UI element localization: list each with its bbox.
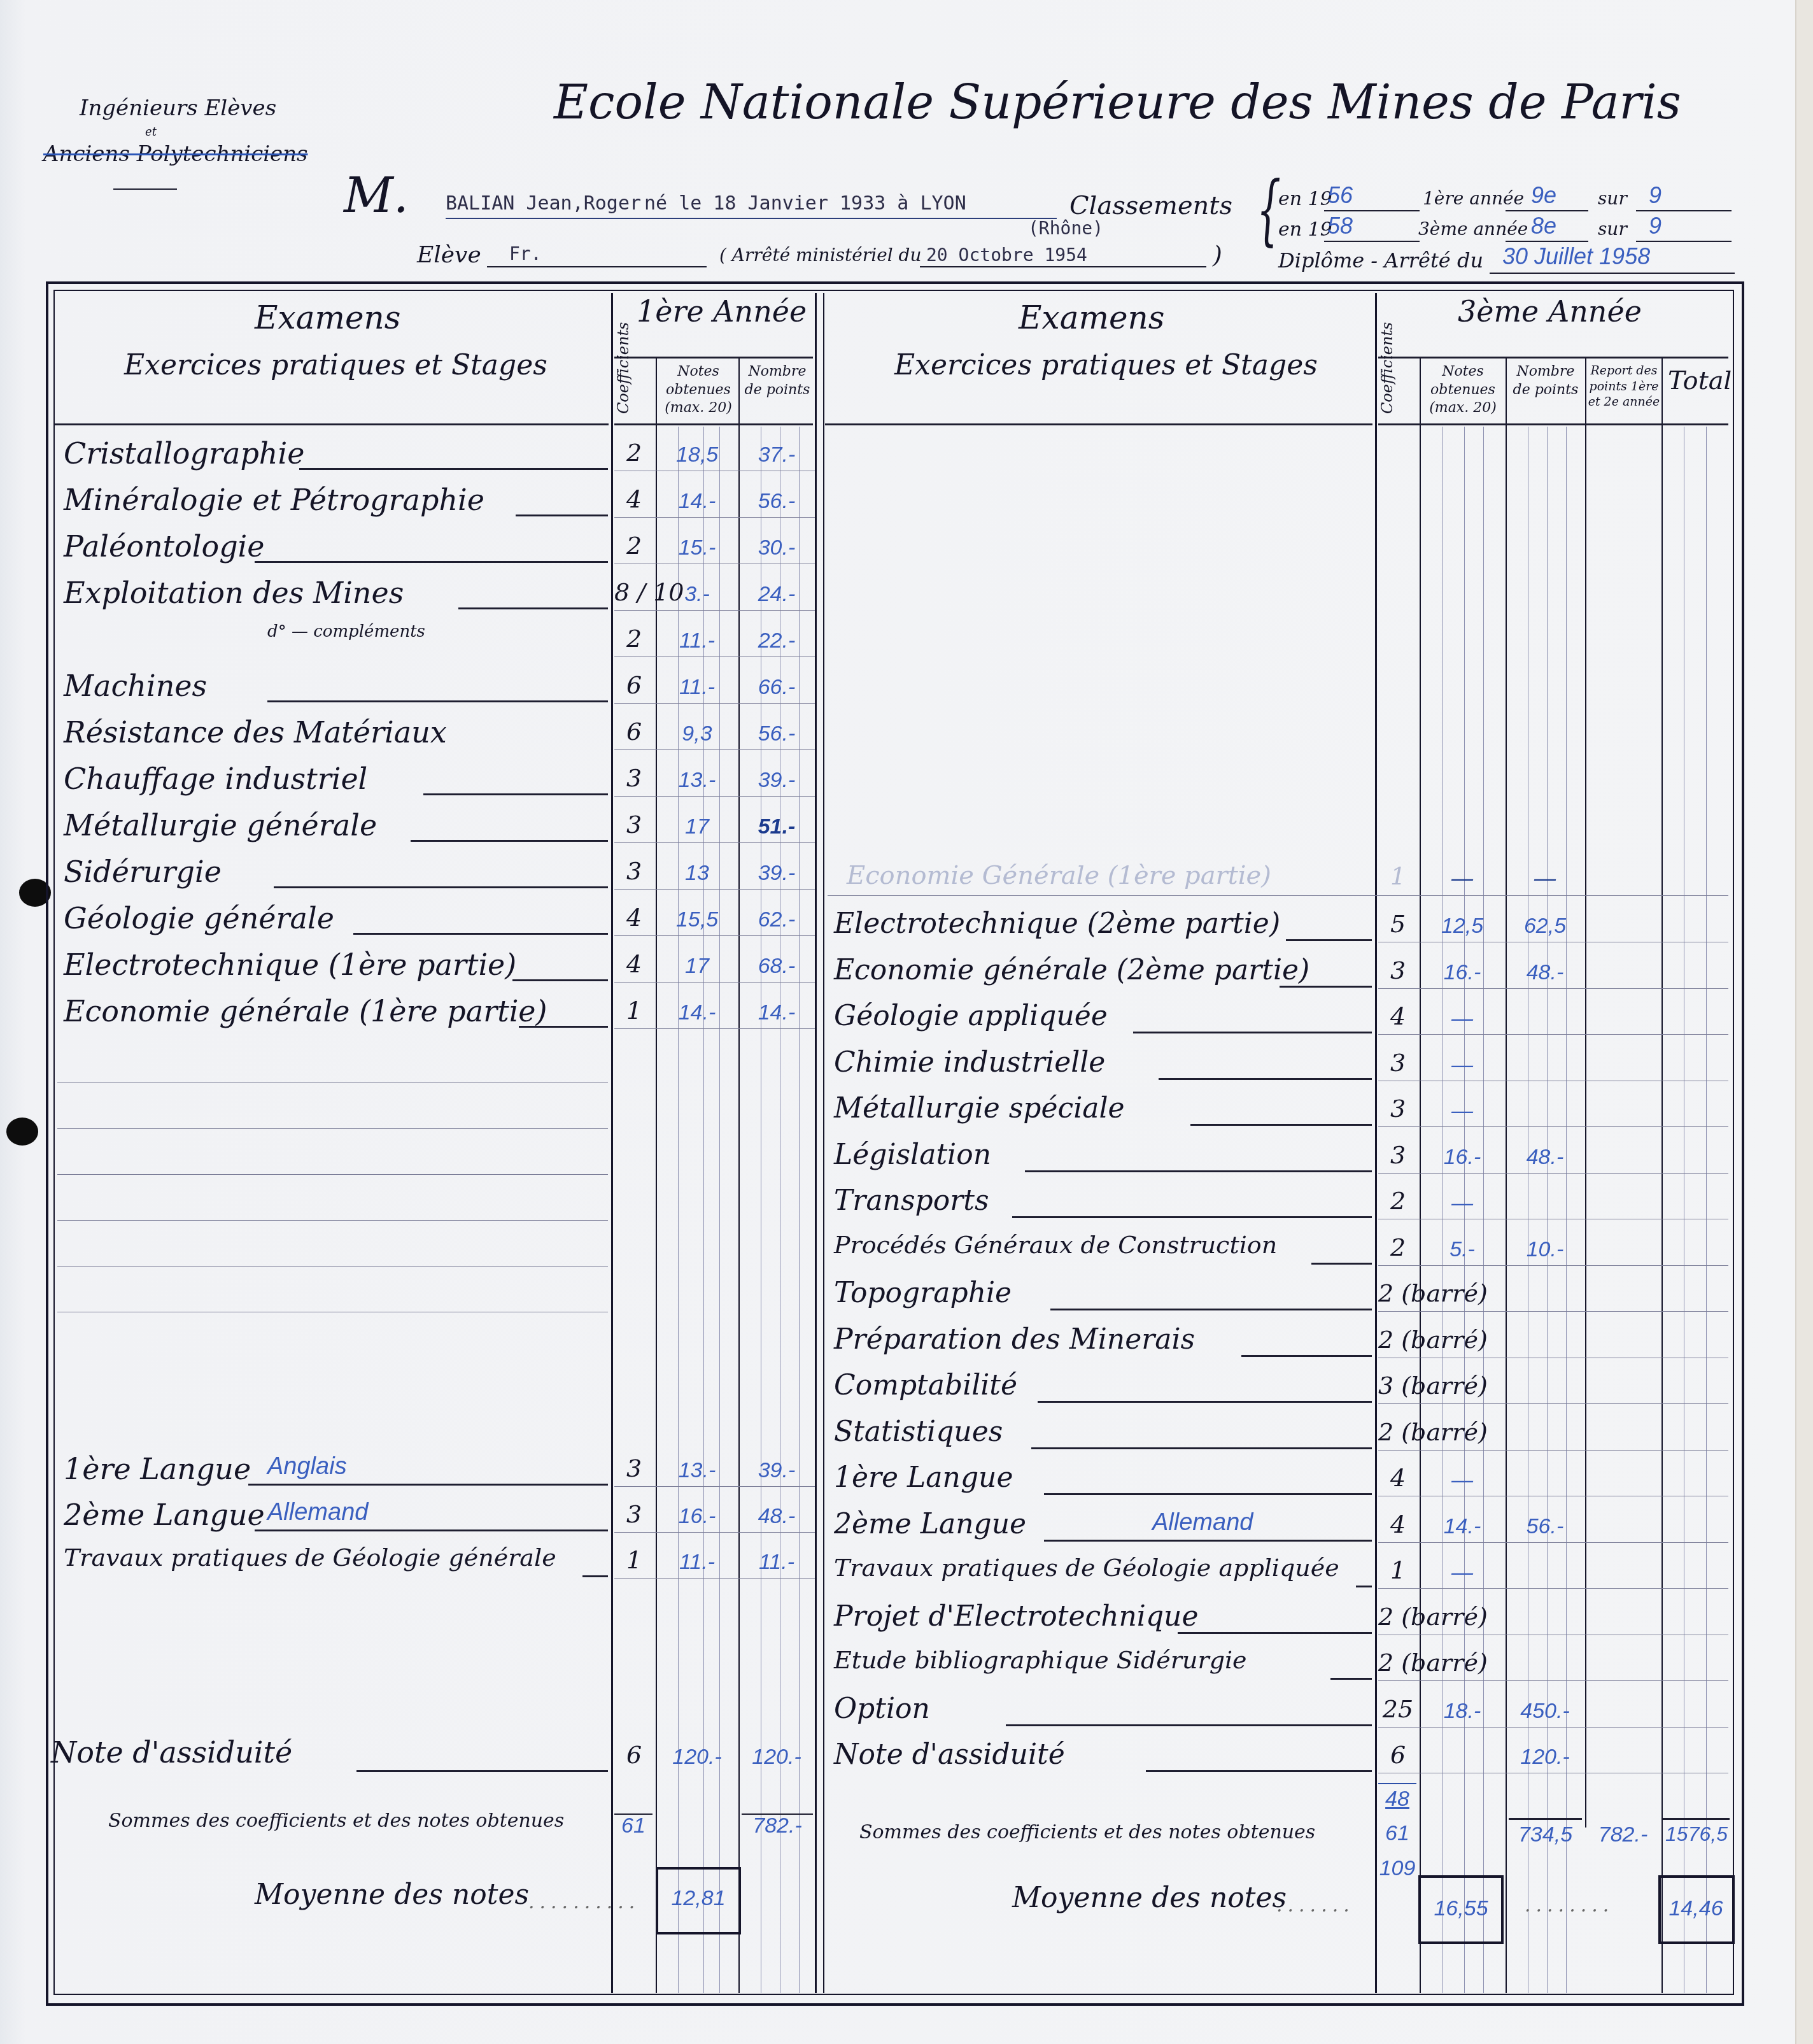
- subject-underline: [458, 607, 608, 609]
- coef-value: 2 (barré): [1378, 1649, 1418, 1677]
- language-value: Anglais: [267, 1453, 347, 1480]
- note-value: 120.-: [657, 1745, 737, 1770]
- points-value: 450.-: [1507, 1699, 1583, 1724]
- binder-hole-icon: [6, 1118, 38, 1146]
- year1-sum-coef: 61: [614, 1813, 653, 1838]
- note-value: —: [1421, 1053, 1504, 1077]
- eleve-underline: [487, 266, 707, 267]
- subject-label: Résistance des Matériaux: [64, 715, 447, 749]
- grid-line: [614, 842, 815, 843]
- note-value: —: [1421, 1006, 1504, 1031]
- note-value: —: [1421, 1098, 1504, 1123]
- note-value: 17: [657, 814, 737, 839]
- points-value: 14.-: [740, 1000, 814, 1025]
- grid-line: [614, 889, 815, 890]
- classement-total: 9: [1649, 213, 1661, 239]
- col-divider: [823, 293, 824, 1993]
- coef-value: 3: [614, 1500, 654, 1528]
- year3-total-points: 1576,5: [1658, 1822, 1735, 1846]
- coef-value: 2: [614, 625, 654, 653]
- subject-label: 1ère Langue: [64, 1452, 251, 1486]
- subject-label: Travaux pratiques de Géologie générale: [64, 1544, 556, 1572]
- underline: [1506, 210, 1588, 211]
- subject-underline: [299, 468, 608, 470]
- eleve-label: Elève: [417, 242, 481, 268]
- points-value: 56.-: [1507, 1514, 1583, 1539]
- year3-title-rule: [1378, 357, 1728, 358]
- classement-sur: sur: [1598, 188, 1627, 209]
- subject-underline: [267, 700, 608, 702]
- divider: [113, 188, 177, 190]
- subject-underline: [356, 1770, 608, 1772]
- corner-label-ingenieurs: Ingénieurs Elèves: [80, 96, 276, 121]
- coef-value: 2 (barré): [1378, 1418, 1418, 1446]
- subject-underline: [1190, 1124, 1372, 1126]
- grid-line: [1378, 1081, 1728, 1081]
- note-value: 16.-: [1421, 960, 1504, 985]
- coef-value: 4: [1378, 1510, 1418, 1538]
- student-name: BALIAN Jean,Roger: [446, 192, 641, 215]
- coef-value: 4: [614, 950, 654, 978]
- underlying-sheet-edge: [1795, 0, 1813, 2044]
- grid-line: [1378, 1450, 1728, 1451]
- subject-label: Projet d'Electrotechnique: [834, 1600, 1198, 1633]
- coef-heading: Coefficients: [614, 322, 632, 414]
- subject-underline: [1044, 1493, 1372, 1495]
- grid-line: [614, 982, 815, 983]
- coef-value: 6: [614, 671, 654, 699]
- points-value: 48.-: [740, 1504, 814, 1529]
- grid-line: [614, 703, 815, 704]
- dotted-leader: ..........: [528, 1891, 640, 1913]
- coef-value: 4: [1378, 1464, 1418, 1492]
- grid-line: [614, 796, 815, 797]
- subject-label: Minéralogie et Pétrographie: [64, 483, 484, 517]
- subject-label: Comptabilité: [834, 1369, 1017, 1402]
- classement-annee: 1ère année: [1423, 188, 1524, 209]
- corner-label-polytechniciens: Anciens Polytechniciens: [43, 141, 308, 167]
- subject-label: Métallurgie générale: [64, 808, 377, 842]
- points-value: 39.-: [740, 861, 814, 886]
- subject-underline: [1159, 1078, 1372, 1080]
- classement-year: 58: [1327, 213, 1353, 239]
- note-value: 14.-: [1421, 1514, 1504, 1539]
- coef-value: 3: [1378, 956, 1418, 984]
- exercices-heading-right: Exercices pratiques et Stages: [894, 349, 1318, 381]
- subject-underline: [353, 933, 608, 935]
- examens-heading-right: Examens: [1019, 299, 1164, 336]
- coef-value: 2 (barré): [1378, 1603, 1418, 1631]
- underline: [1636, 241, 1732, 242]
- coef-value: 3: [614, 857, 654, 885]
- points-value: 120.-: [1507, 1745, 1583, 1770]
- grid-line: [614, 1486, 815, 1487]
- grid-line: [614, 1532, 815, 1533]
- grid-line: [1378, 1358, 1728, 1358]
- subject-label: Note d'assiduité: [51, 1735, 292, 1770]
- grid-line: [1378, 942, 1728, 942]
- notes-heading: Notes obtenues (max. 20): [660, 363, 737, 418]
- subject-underline: [512, 979, 608, 981]
- subject-label: Travaux pratiques de Géologie appliquée: [834, 1554, 1339, 1582]
- subject-label: Paléontologie: [64, 529, 265, 564]
- points-value: 51.-: [740, 814, 814, 839]
- grid-line: [1378, 1034, 1728, 1035]
- points-value: 48.-: [1507, 960, 1583, 985]
- grid-line: [614, 610, 815, 611]
- subject-label: Sidérurgie: [64, 855, 222, 889]
- subject-label: Exploitation des Mines: [64, 576, 404, 610]
- arrete-close: ): [1213, 241, 1222, 269]
- subject-underline: [516, 515, 608, 516]
- grid-line: [614, 935, 815, 936]
- corner-label-et: et: [145, 125, 157, 139]
- grid-line: [1378, 988, 1728, 989]
- points-heading-right: Nombre de points: [1507, 363, 1584, 399]
- coef-value: 2 (barré): [1378, 1326, 1418, 1354]
- coef-value: 25: [1378, 1695, 1418, 1723]
- brace-icon: {: [1257, 172, 1281, 248]
- total-moyenne: 14,46: [1660, 1896, 1732, 1921]
- grid-line: [614, 564, 815, 564]
- grid-line: [1378, 1311, 1728, 1312]
- coef-value: 3: [614, 1454, 654, 1482]
- note-value: 5.-: [1421, 1237, 1504, 1262]
- note-value: 14.-: [657, 489, 737, 514]
- grid-line: [614, 471, 815, 471]
- note-value: 9,3: [657, 721, 737, 746]
- subject-underline: [1038, 1401, 1372, 1403]
- grid-line: [614, 656, 815, 657]
- coef-value: 3: [614, 811, 654, 839]
- grid-line: [614, 749, 815, 750]
- coef-value: 6: [614, 718, 654, 746]
- underline: [1490, 273, 1735, 274]
- subject-label: d° — compléments: [267, 622, 425, 641]
- subject-underline: [1286, 939, 1372, 941]
- ruled-line: [57, 1220, 608, 1221]
- points-value: 56.-: [740, 721, 814, 746]
- subject-label: Métallurgie spéciale: [834, 1092, 1125, 1125]
- arrete-value: 20 Octobre 1954: [926, 245, 1087, 266]
- points-value: 22.-: [740, 628, 814, 653]
- header-rule: [1378, 423, 1728, 425]
- col-divider: [611, 293, 613, 1993]
- classement-prefix: en 19: [1278, 188, 1332, 210]
- language-value: Allemand: [267, 1499, 368, 1526]
- note-value: 14.-: [657, 1000, 737, 1025]
- subject-label: Géologie appliquée: [834, 1000, 1108, 1032]
- points-value: 120.-: [740, 1745, 814, 1770]
- note-value: 18,5: [657, 443, 737, 467]
- points-heading: Nombre de points: [741, 363, 814, 399]
- subject-underline: [248, 1484, 608, 1486]
- classement-total: 9: [1649, 182, 1661, 209]
- grid-line: [1378, 1727, 1728, 1728]
- exercices-heading: Exercices pratiques et Stages: [124, 349, 547, 381]
- subject-label: Etude bibliographique Sidérurgie: [834, 1646, 1247, 1674]
- points-value: 39.-: [740, 1458, 814, 1483]
- subject-underline: [1012, 1216, 1372, 1218]
- subject-underline: [274, 886, 608, 888]
- subject-underline: [1311, 1263, 1372, 1265]
- year3-moyenne: 16,55: [1421, 1896, 1501, 1921]
- grid-line: [1378, 1219, 1728, 1219]
- coef-value: 2: [614, 532, 654, 560]
- points-value: 30.-: [740, 536, 814, 560]
- subject-label: Statistiques: [834, 1416, 1003, 1448]
- coef-value: 1: [614, 997, 654, 1025]
- points-value: 62,5: [1507, 914, 1583, 939]
- subject-underline: [519, 1026, 608, 1028]
- grid-line: [1378, 1542, 1728, 1543]
- ruled-line: [57, 1312, 608, 1312]
- dotted-leader: ........: [1525, 1894, 1614, 1917]
- total-heading: Total: [1668, 366, 1732, 395]
- year1-moyenne: 12,81: [658, 1886, 738, 1911]
- grid-line: [614, 1028, 815, 1029]
- year1-sum-points: 782.-: [742, 1813, 813, 1838]
- points-value: 48.-: [1507, 1145, 1583, 1170]
- subject-underline: [1178, 1632, 1372, 1634]
- points-value: —: [1507, 866, 1583, 891]
- points-value: 37.-: [740, 443, 814, 467]
- subject-label: Chimie industrielle: [834, 1046, 1105, 1079]
- coef-value: 4: [1378, 1002, 1418, 1030]
- grid-line: [614, 517, 815, 518]
- col-divider: [815, 293, 817, 1993]
- year3-title: 3ème Année: [1458, 294, 1642, 329]
- points-value: 10.-: [1507, 1237, 1583, 1262]
- grid-line: [1378, 1496, 1728, 1496]
- note-value: 18.-: [1421, 1699, 1504, 1724]
- subject-label: Transports: [834, 1184, 989, 1217]
- sommes-label: Sommes des coefficients et des notes obt…: [108, 1810, 564, 1832]
- coef-value: 5: [1378, 910, 1418, 938]
- subject-label: Géologie générale: [64, 901, 334, 935]
- coef-value: 4: [614, 485, 654, 513]
- note-value: 13.-: [657, 1458, 737, 1483]
- note-value: 12,5: [1421, 914, 1504, 939]
- coef-value: 2 (barré): [1378, 1279, 1418, 1307]
- col-divider: [1420, 357, 1421, 1993]
- coef-value: 3 (barré): [1378, 1372, 1418, 1400]
- coef-value: 3: [1378, 1049, 1418, 1077]
- coef-value: 2: [614, 439, 654, 467]
- points-value: 11.-: [740, 1550, 814, 1575]
- col-divider: [1585, 357, 1586, 1828]
- underline: [1636, 210, 1732, 211]
- subject-label: Electrotechnique (1ère partie): [64, 947, 516, 982]
- subject-label: Note d'assiduité: [834, 1738, 1065, 1771]
- ruled-line: [57, 1174, 608, 1175]
- grid-line: [1684, 427, 1684, 1993]
- school-title: Ecole Nationale Supérieure des Mines de …: [554, 75, 1681, 130]
- subject-underline: [1280, 986, 1372, 988]
- subject-label: 1ère Langue: [834, 1461, 1013, 1494]
- header-rule: [614, 423, 813, 425]
- moyenne-label: Moyenne des notes: [255, 1878, 529, 1911]
- classement-sur: sur: [1598, 218, 1627, 239]
- note-value: 15.-: [657, 536, 737, 560]
- subject-underline: [255, 1529, 608, 1531]
- note-value: 15,5: [657, 907, 737, 932]
- subject-underline: [582, 1575, 608, 1577]
- note-value: —: [1421, 1468, 1504, 1493]
- points-value: 56.-: [740, 489, 814, 514]
- coef-value: 1: [1378, 1556, 1418, 1584]
- note-value: 17: [657, 954, 737, 979]
- coef-value: 6: [614, 1741, 654, 1769]
- subject-label: Economie générale (1ère partie): [64, 994, 547, 1028]
- note-value: —: [1421, 1560, 1504, 1585]
- classement-rank: 8e: [1531, 213, 1556, 239]
- examens-heading: Examens: [255, 299, 400, 336]
- coef-value: 3: [1378, 1141, 1418, 1169]
- arrete-label: ( Arrêté ministériel du: [719, 245, 922, 266]
- sum-rule: [1378, 1783, 1416, 1784]
- note-value: 16.-: [1421, 1145, 1504, 1170]
- points-value: 68.-: [740, 954, 814, 979]
- note-value: 11.-: [657, 1550, 737, 1575]
- subject-label: Cristallographie: [64, 436, 304, 471]
- diplome-value: 30 Juillet 1958: [1502, 243, 1650, 270]
- grid-line: [1378, 1265, 1728, 1266]
- year3-sum-points: 734,5: [1509, 1822, 1582, 1847]
- classement-annee: 3ème année: [1418, 218, 1528, 239]
- note-value: 16.-: [657, 1504, 737, 1529]
- grid-line: [828, 895, 1728, 896]
- language-value: Allemand: [1152, 1509, 1253, 1537]
- diplome-label: Diplôme - Arrêté du: [1278, 248, 1483, 273]
- subject-underline: [1356, 1586, 1372, 1587]
- sum-rule: [1663, 1818, 1730, 1820]
- subject-underline: [1050, 1309, 1372, 1310]
- name-underline: [446, 218, 1057, 219]
- subject-underline: [1146, 1770, 1372, 1772]
- header-rule: [55, 423, 609, 425]
- subject-label: Option: [834, 1693, 930, 1725]
- subject-label: Economie Générale (1ère partie): [847, 861, 1271, 890]
- coef-value: 4: [614, 904, 654, 932]
- points-value: 39.-: [740, 768, 814, 793]
- coef-value: 2: [1378, 1233, 1418, 1261]
- subject-label: Procédés Généraux de Construction: [834, 1231, 1277, 1259]
- subject-underline: [423, 793, 608, 795]
- grid-line: [1706, 427, 1707, 1993]
- grid-line: [614, 1578, 815, 1579]
- grid-line: [1378, 1588, 1728, 1589]
- subject-underline: [1330, 1678, 1372, 1680]
- grid-line: [1378, 1403, 1728, 1404]
- note-value: 11.-: [657, 675, 737, 700]
- moyenne-label-right: Moyenne des notes: [1012, 1882, 1287, 1914]
- notes-heading-right: Notes obtenues (max. 20): [1422, 363, 1504, 418]
- sommes-label-right: Sommes des coefficients et des notes obt…: [859, 1821, 1315, 1843]
- coef-value: 3: [614, 764, 654, 792]
- note-value: 3.-: [657, 582, 737, 607]
- birth-region: (Rhône): [1028, 218, 1103, 239]
- points-value: 62.-: [740, 907, 814, 932]
- classements-label: Classements: [1069, 191, 1232, 220]
- subject-underline: [411, 840, 608, 842]
- underline: [1324, 241, 1420, 242]
- underline: [1324, 210, 1420, 211]
- eleve-value: Fr.: [509, 243, 542, 264]
- points-value: 66.-: [740, 675, 814, 700]
- coef-value: 1: [614, 1546, 654, 1574]
- points-value: 24.-: [740, 582, 814, 607]
- grid-line: [1378, 1635, 1728, 1635]
- subject-label: Economie générale (2ème partie): [834, 954, 1309, 986]
- subject-underline: [1241, 1355, 1372, 1357]
- underline: [1506, 241, 1588, 242]
- m-prefix: M.: [344, 167, 409, 224]
- col-divider: [1661, 357, 1663, 1993]
- subject-underline: [1025, 1170, 1372, 1172]
- subject-label: Topographie: [834, 1277, 1012, 1309]
- coef-value: 6: [1378, 1741, 1418, 1769]
- ruled-line: [57, 1128, 608, 1129]
- grid-line: [1378, 1126, 1728, 1127]
- year3-sum-coef-top: 48: [1378, 1787, 1416, 1812]
- ruled-line: [57, 1082, 608, 1083]
- coef-value: 3: [1378, 1095, 1418, 1123]
- coef-heading-right: Coefficients: [1378, 322, 1396, 414]
- subject-underline: [1044, 1540, 1372, 1542]
- subject-label: Préparation des Minerais: [834, 1323, 1195, 1356]
- grid-line: [1378, 1680, 1728, 1681]
- grid-line: [1378, 1773, 1728, 1773]
- report-heading: Report des points 1ère et 2e année: [1588, 363, 1660, 410]
- subject-underline: [1006, 1724, 1372, 1726]
- ruled-line: [57, 1266, 608, 1267]
- year1-title-rule: [614, 357, 813, 358]
- subject-label: 2ème Langue: [64, 1498, 265, 1532]
- subject-label: Législation: [834, 1139, 991, 1171]
- arrete-underline: [920, 266, 1206, 267]
- birth-info: né le 18 Janvier 1933 à LYON: [644, 192, 966, 215]
- year3-sum-coef-bottom: 109: [1378, 1856, 1416, 1881]
- subject-underline: [1133, 1032, 1372, 1033]
- col-divider: [1375, 293, 1377, 1993]
- coef-value: 1: [1378, 862, 1418, 890]
- note-value: 13.-: [657, 768, 737, 793]
- dotted-leader: .......: [1276, 1894, 1355, 1917]
- classement-prefix: en 19: [1278, 218, 1332, 241]
- subject-label: 2ème Langue: [834, 1508, 1026, 1540]
- coef-value: 2: [1378, 1187, 1418, 1215]
- subject-underline: [255, 561, 608, 563]
- subject-underline: [1031, 1447, 1372, 1449]
- grid-line: [1378, 1173, 1728, 1174]
- classement-year: 56: [1327, 182, 1353, 209]
- year3-report-points: 782.-: [1586, 1822, 1660, 1847]
- year3-sum-coef: 61: [1378, 1821, 1416, 1846]
- sum-rule: [1509, 1818, 1582, 1820]
- subject-label: Machines: [64, 669, 207, 703]
- note-value: —: [1421, 1191, 1504, 1216]
- coef-value: 8 / 10: [614, 578, 654, 606]
- classement-rank: 9e: [1531, 182, 1556, 209]
- note-value: 11.-: [657, 628, 737, 653]
- subject-label: Electrotechnique (2ème partie): [834, 907, 1280, 940]
- note-value: —: [1421, 866, 1504, 891]
- subject-label: Chauffage industriel: [64, 762, 367, 796]
- year1-title: 1ère Année: [637, 294, 807, 329]
- note-value: 13: [657, 861, 737, 886]
- header-rule: [825, 423, 1372, 425]
